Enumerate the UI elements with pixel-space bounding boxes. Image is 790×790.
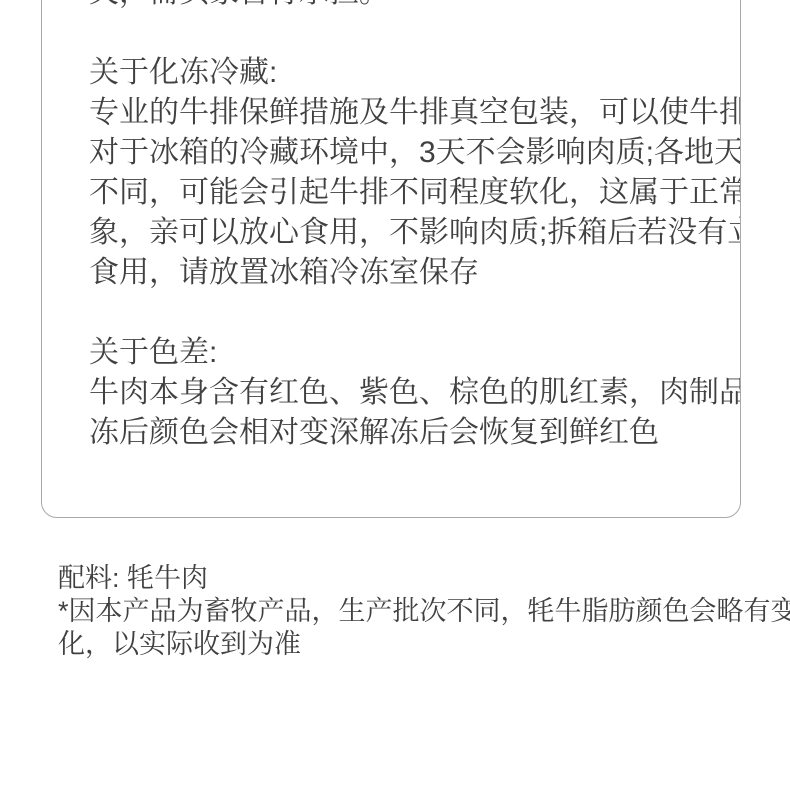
disclaimer-line: *因本产品为畜牧产品，生产批次不同，牦牛脂肪颜色会略有变 — [58, 595, 748, 628]
body-line: 冻后颜色会相对变深解冻后会恢复到鲜红色 — [89, 413, 692, 453]
body-line: 对于冰箱的冷藏环境中，3天不会影响肉质;各地天气 — [89, 133, 692, 173]
spacer — [89, 293, 692, 333]
storage-notice-box: 关，需买家自行承担。 关于化冻冷藏: 专业的牛排保鲜措施及牛排真空包装，可以使牛… — [41, 0, 741, 518]
cutoff-text-fragment: 关，需买家自行承担。 — [89, 0, 692, 13]
section-thawing: 关于化冻冷藏: 专业的牛排保鲜措施及牛排真空包装，可以使牛排相 对于冰箱的冷藏环… — [89, 53, 692, 293]
body-line: 不同，可能会引起牛排不同程度软化，这属于正常现 — [89, 173, 692, 213]
product-description-page: 关，需买家自行承担。 关于化冻冷藏: 专业的牛排保鲜措施及牛排真空包装，可以使牛… — [0, 0, 790, 790]
spacer — [89, 13, 692, 53]
body-line: 专业的牛排保鲜措施及牛排真空包装，可以使牛排相 — [89, 93, 692, 133]
section-heading-color-difference: 关于色差: — [89, 333, 692, 373]
ingredients-line: 配料: 牦牛肉 — [58, 562, 748, 595]
section-color-difference: 关于色差: 牛肉本身含有红色、紫色、棕色的肌红素，肉制品冷 冻后颜色会相对变深解… — [89, 333, 692, 453]
body-line: 牛肉本身含有红色、紫色、棕色的肌红素，肉制品冷 — [89, 373, 692, 413]
body-line: 象，亲可以放心食用，不影响肉质;拆箱后若没有立即 — [89, 213, 692, 253]
ingredients-footer: 配料: 牦牛肉 *因本产品为畜牧产品，生产批次不同，牦牛脂肪颜色会略有变 化，以… — [58, 562, 748, 661]
disclaimer-line: 化，以实际收到为准 — [58, 628, 748, 661]
body-line: 食用，请放置冰箱冷冻室保存 — [89, 253, 692, 293]
section-heading-thawing: 关于化冻冷藏: — [89, 53, 692, 93]
